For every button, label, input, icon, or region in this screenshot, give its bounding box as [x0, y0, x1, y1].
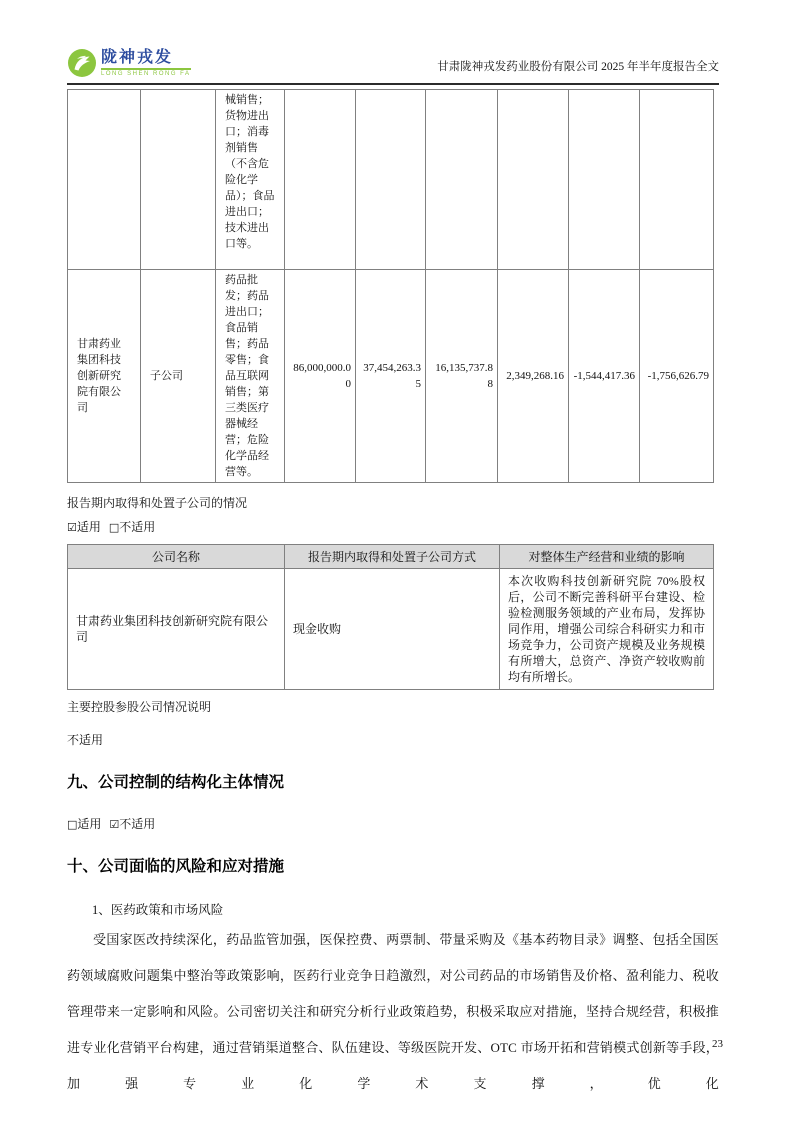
acquisition-applicability-line: ☑适用□不适用 [67, 520, 719, 535]
not-applicable-label: 不适用 [119, 817, 155, 831]
subsidiary-business-cell: 药品批发；药品进出口；食品销售；药品零售；食品互联网销售；第三类医疗器械经营；危… [216, 270, 285, 483]
checkbox-unchecked-icon: □ [67, 818, 77, 831]
page-number: 23 [712, 1038, 723, 1050]
not-applicable-option: □不适用 [109, 520, 155, 534]
checkbox-checked-icon: ☑ [109, 818, 119, 831]
subsidiary-name-cell: 甘肃药业集团科技创新研究院有限公司 [68, 270, 141, 483]
subsidiary-value-cell [498, 90, 569, 270]
subsidiary-table: 械销售；货物进出口；消毒剂销售（不含危险化学品）；食品进出口；技术进出口等。 甘… [67, 89, 714, 483]
acquisition-lead-text: 报告期内取得和处置子公司的情况 [67, 496, 719, 511]
method-header: 报告期内取得和处置子公司方式 [285, 545, 500, 569]
section10-heading: 十、公司面临的风险和应对措施 [67, 856, 719, 878]
subsidiary-business-cell: 械销售；货物进出口；消毒剂销售（不含危险化学品）；食品进出口；技术进出口等。 [216, 90, 285, 270]
subsidiary-net-assets-cell: 16,135,737.88 [426, 270, 498, 483]
risk-item1-title: 1、医药政策和市场风险 [67, 903, 719, 918]
not-applicable-option: ☑不适用 [109, 817, 155, 831]
acquisition-data-row: 甘肃药业集团科技创新研究院有限公司 现金收购 本次收购科技创新研究院 70%股权… [68, 569, 714, 690]
logo-divider [101, 68, 191, 70]
subsidiary-value-cell [285, 90, 356, 270]
subsidiary-operating-profit-cell: -1,544,417.36 [569, 270, 640, 483]
header-rule [67, 83, 719, 85]
subsidiary-row-continued: 械销售；货物进出口；消毒剂销售（不含危险化学品）；食品进出口；技术进出口等。 [68, 90, 714, 270]
subsidiary-registered-capital-cell: 86,000,000.00 [285, 270, 356, 483]
applicable-label: 适用 [77, 817, 101, 831]
acquisition-table: 公司名称 报告期内取得和处置子公司方式 对整体生产经营和业绩的影响 甘肃药业集团… [67, 544, 714, 690]
subsidiary-row-main: 甘肃药业集团科技创新研究院有限公司 子公司 药品批发；药品进出口；食品销售；药品… [68, 270, 714, 483]
subsidiary-value-cell [569, 90, 640, 270]
acquisition-header-row: 公司名称 报告期内取得和处置子公司方式 对整体生产经营和业绩的影响 [68, 545, 714, 569]
holding-note-value: 不适用 [67, 733, 719, 748]
applicable-label: 适用 [77, 520, 101, 534]
impact-cell: 本次收购科技创新研究院 70%股权后，公司不断完善科研平台建设、检验检测服务领域… [500, 569, 714, 690]
subsidiary-net-profit-cell: -1,756,626.79 [640, 270, 714, 483]
subsidiary-name-cell [68, 90, 141, 270]
risk-item1-paragraph: 受国家医改持续深化，药品监管加强，医保控费、两票制、带量采购及《基本药物目录》调… [67, 922, 719, 1102]
method-cell: 现金收购 [285, 569, 500, 690]
company-name-cell: 甘肃药业集团科技创新研究院有限公司 [68, 569, 285, 690]
checkbox-checked-icon: ☑ [67, 521, 77, 534]
subsidiary-value-cell [356, 90, 426, 270]
subsidiary-type-cell [141, 90, 216, 270]
report-page: 陇神戎发 LONG SHEN RONG FA 甘肃陇神戎发药业股份有限公司 20… [0, 0, 793, 1122]
logo-chinese-name: 陇神戎发 [101, 49, 191, 67]
report-title: 甘肃陇神戎发药业股份有限公司 2025 年半年度报告全文 [437, 60, 719, 78]
not-applicable-label: 不适用 [119, 520, 155, 534]
impact-header: 对整体生产经营和业绩的影响 [500, 545, 714, 569]
company-name-header: 公司名称 [68, 545, 285, 569]
checkbox-unchecked-icon: □ [109, 521, 119, 534]
company-logo: 陇神戎发 LONG SHEN RONG FA [67, 48, 191, 78]
section9-heading: 九、公司控制的结构化主体情况 [67, 772, 719, 794]
subsidiary-total-assets-cell: 37,454,263.35 [356, 270, 426, 483]
subsidiary-type-cell: 子公司 [141, 270, 216, 483]
applicable-option: ☑适用 [67, 520, 101, 534]
page-header: 陇神戎发 LONG SHEN RONG FA 甘肃陇神戎发药业股份有限公司 20… [67, 48, 719, 78]
logo-english-name: LONG SHEN RONG FA [101, 71, 191, 78]
logo-mark-icon [67, 48, 97, 78]
logo-text-block: 陇神戎发 LONG SHEN RONG FA [101, 49, 191, 78]
holding-note-title: 主要控股参股公司情况说明 [67, 700, 719, 715]
section9-applicability-line: □适用☑不适用 [67, 817, 719, 832]
applicable-option: □适用 [67, 817, 101, 831]
subsidiary-value-cell [640, 90, 714, 270]
subsidiary-revenue-cell: 2,349,268.16 [498, 270, 569, 483]
subsidiary-value-cell [426, 90, 498, 270]
